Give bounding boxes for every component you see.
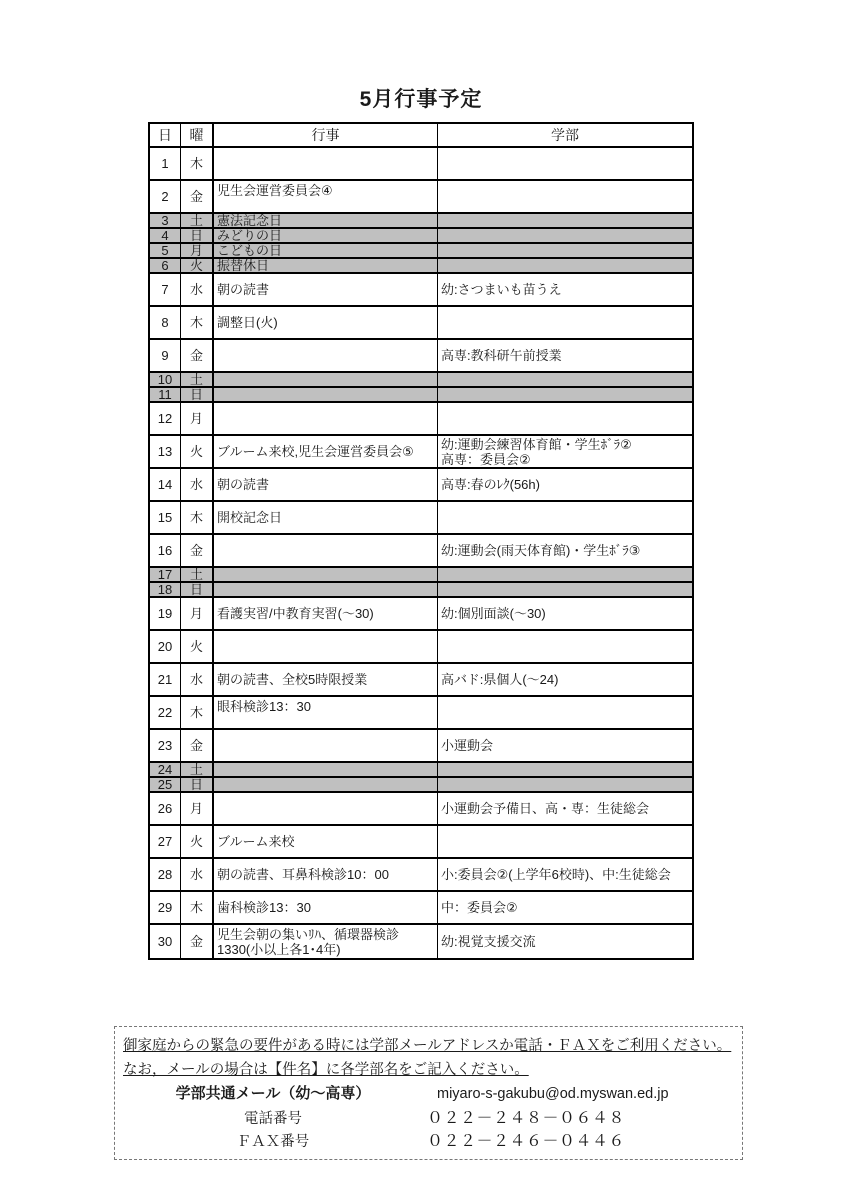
department-cell — [438, 148, 692, 179]
table-header-row: 日 曜 行事 学部 — [150, 124, 692, 148]
weekday-cell: 金 — [181, 181, 214, 212]
phone-label: 電話番号 — [123, 1107, 423, 1128]
table-row: 10 土 — [150, 373, 692, 388]
day-cell: 2 — [150, 181, 181, 212]
event-cell: 調整日(火) — [214, 307, 438, 338]
department-cell: 高専:教科研午前授業 — [438, 340, 692, 371]
table-row: 16 金 幼:運動会(雨天体育館)・学生ﾎﾞﾗ③ — [150, 535, 692, 568]
event-cell: 朝の読書、耳鼻科検診10：00 — [214, 859, 438, 890]
department-cell: 小:委員会②(上学年6校時)、中:生徒総会 — [438, 859, 692, 890]
weekday-cell: 木 — [181, 892, 214, 923]
day-cell: 4 — [150, 229, 181, 242]
table-row: 22 木 眼科検診13：30 — [150, 697, 692, 730]
event-cell: ブルーム来校 — [214, 826, 438, 857]
table-row: 28 水 朝の読書、耳鼻科検診10：00 小:委員会②(上学年6校時)、中:生徒… — [150, 859, 692, 892]
weekday-cell: 木 — [181, 697, 214, 728]
weekday-cell: 水 — [181, 469, 214, 500]
department-cell — [438, 373, 692, 386]
table-row: 2 金 児生会運営委員会④ — [150, 181, 692, 214]
weekday-cell: 土 — [181, 568, 214, 581]
table-row: 14 水 朝の読書 高専:春のﾚｸ(56h) — [150, 469, 692, 502]
event-cell: 眼科検診13：30 — [214, 697, 438, 728]
department-cell — [438, 403, 692, 434]
department-cell — [438, 568, 692, 581]
weekday-cell: 火 — [181, 631, 214, 662]
header-event: 行事 — [214, 124, 438, 146]
table-row: 9 金 高専:教科研午前授業 — [150, 340, 692, 373]
day-cell: 28 — [150, 859, 181, 890]
event-cell: こどもの日 — [214, 244, 438, 257]
department-cell — [438, 259, 692, 272]
weekday-cell: 火 — [181, 259, 214, 272]
weekday-cell: 月 — [181, 244, 214, 257]
day-cell: 8 — [150, 307, 181, 338]
table-row: 25 日 — [150, 778, 692, 793]
department-cell — [438, 229, 692, 242]
department-cell: 幼:視覚支援交流 — [438, 925, 692, 958]
weekday-cell: 金 — [181, 925, 214, 958]
weekday-cell: 日 — [181, 583, 214, 596]
table-row: 29 木 歯科検診13：30 中：委員会② — [150, 892, 692, 925]
department-cell — [438, 181, 692, 212]
day-cell: 27 — [150, 826, 181, 857]
table-row: 6 火 振替休日 — [150, 259, 692, 274]
table-row: 4 日 みどりの日 — [150, 229, 692, 244]
day-cell: 3 — [150, 214, 181, 227]
table-row: 20 火 — [150, 631, 692, 664]
event-cell — [214, 340, 438, 371]
day-cell: 10 — [150, 373, 181, 386]
notice-line-1: 御家庭からの緊急の要件がある時には学部メールアドレスか電話・ＦＡＸをご利用くださ… — [123, 1034, 734, 1058]
weekday-cell: 土 — [181, 763, 214, 776]
event-cell: ブルーム来校,児生会運営委員会⑤ — [214, 436, 438, 467]
day-cell: 30 — [150, 925, 181, 958]
day-cell: 9 — [150, 340, 181, 371]
table-row: 27 火 ブルーム来校 — [150, 826, 692, 859]
event-cell — [214, 631, 438, 662]
department-cell: 幼:さつまいも苗うえ — [438, 274, 692, 305]
day-cell: 19 — [150, 598, 181, 629]
department-cell: 幼:運動会練習体育館・学生ﾎﾞﾗ② 高専：委員会② — [438, 436, 692, 467]
weekday-cell: 水 — [181, 859, 214, 890]
email-label: 学部共通メール（幼～高専） — [123, 1082, 423, 1103]
contact-row-phone: 電話番号 ０２２－２４８－０６４８ — [123, 1105, 734, 1128]
fax-label: ＦＡＸ番号 — [123, 1130, 423, 1151]
day-cell: 16 — [150, 535, 181, 566]
day-cell: 13 — [150, 436, 181, 467]
weekday-cell: 水 — [181, 274, 214, 305]
department-cell — [438, 244, 692, 257]
event-cell: 児生会運営委員会④ — [214, 181, 438, 212]
table-row: 26 月 小運動会予備日、高・専：生徒総会 — [150, 793, 692, 826]
day-cell: 12 — [150, 403, 181, 434]
weekday-cell: 土 — [181, 373, 214, 386]
weekday-cell: 金 — [181, 340, 214, 371]
table-row: 7 水 朝の読書 幼:さつまいも苗うえ — [150, 274, 692, 307]
weekday-cell: 木 — [181, 502, 214, 533]
notice-line-2: なお，メールの場合は【件名】に各学部名をご記入ください。 — [123, 1058, 734, 1082]
table-row: 23 金 小運動会 — [150, 730, 692, 763]
department-cell: 小運動会 — [438, 730, 692, 761]
event-cell — [214, 568, 438, 581]
weekday-cell: 金 — [181, 535, 214, 566]
phone-value: ０２２－２４８－０６４８ — [423, 1105, 734, 1128]
event-cell: 朝の読書、全校5時限授業 — [214, 664, 438, 695]
department-cell: 小運動会予備日、高・専：生徒総会 — [438, 793, 692, 824]
event-cell: 児生会朝の集いﾘﾊ、循環器検診1330(小以上各1･4年) — [214, 925, 438, 958]
table-row: 17 土 — [150, 568, 692, 583]
event-cell — [214, 388, 438, 401]
table-row: 19 月 看護実習/中教育実習(～30) 幼:個別面談(～30) — [150, 598, 692, 631]
header-day: 日 — [150, 124, 181, 146]
table-row: 11 日 — [150, 388, 692, 403]
table-row: 12 月 — [150, 403, 692, 436]
department-cell — [438, 631, 692, 662]
contact-row-fax: ＦＡＸ番号 ０２２－２４６－０４４６ — [123, 1128, 734, 1151]
weekday-cell: 日 — [181, 229, 214, 242]
event-cell — [214, 730, 438, 761]
weekday-cell: 月 — [181, 598, 214, 629]
department-cell — [438, 697, 692, 728]
event-cell — [214, 535, 438, 566]
page-title: 5月行事予定 — [148, 83, 694, 113]
department-cell — [438, 778, 692, 791]
weekday-cell: 火 — [181, 826, 214, 857]
event-cell: 朝の読書 — [214, 469, 438, 500]
department-cell: 高バド:県個人(～24) — [438, 664, 692, 695]
day-cell: 20 — [150, 631, 181, 662]
event-cell — [214, 403, 438, 434]
day-cell: 14 — [150, 469, 181, 500]
contact-row-email: 学部共通メール（幼～高専） miyaro-s-gakubu@od.myswan.… — [123, 1082, 734, 1105]
schedule-table: 日 曜 行事 学部 1 木 2 金 児生会運営委員会④ 3 土 憲法記念日 4 … — [148, 122, 694, 960]
event-cell — [214, 583, 438, 596]
event-cell — [214, 148, 438, 179]
weekday-cell: 月 — [181, 403, 214, 434]
day-cell: 17 — [150, 568, 181, 581]
event-cell: 憲法記念日 — [214, 214, 438, 227]
day-cell: 7 — [150, 274, 181, 305]
weekday-cell: 土 — [181, 214, 214, 227]
department-cell — [438, 214, 692, 227]
table-row: 15 木 開校記念日 — [150, 502, 692, 535]
table-row: 5 月 こどもの日 — [150, 244, 692, 259]
department-cell: 幼:個別面談(～30) — [438, 598, 692, 629]
weekday-cell: 日 — [181, 778, 214, 791]
scanned-document-page: 5月行事予定 日 曜 行事 学部 1 木 2 金 児生会運営委員会④ 3 土 憲… — [0, 0, 849, 1200]
event-cell: みどりの日 — [214, 229, 438, 242]
email-value: miyaro-s-gakubu@od.myswan.ed.jp — [423, 1086, 734, 1102]
department-cell: 中：委員会② — [438, 892, 692, 923]
event-cell — [214, 778, 438, 791]
table-row: 30 金 児生会朝の集いﾘﾊ、循環器検診1330(小以上各1･4年) 幼:視覚支… — [150, 925, 692, 958]
day-cell: 6 — [150, 259, 181, 272]
weekday-cell: 水 — [181, 664, 214, 695]
fax-value: ０２２－２４６－０４４６ — [423, 1128, 734, 1151]
event-cell: 開校記念日 — [214, 502, 438, 533]
event-cell: 看護実習/中教育実習(～30) — [214, 598, 438, 629]
day-cell: 23 — [150, 730, 181, 761]
day-cell: 25 — [150, 778, 181, 791]
table-row: 24 土 — [150, 763, 692, 778]
weekday-cell: 日 — [181, 388, 214, 401]
day-cell: 5 — [150, 244, 181, 257]
day-cell: 11 — [150, 388, 181, 401]
weekday-cell: 火 — [181, 436, 214, 467]
day-cell: 15 — [150, 502, 181, 533]
weekday-cell: 月 — [181, 793, 214, 824]
event-cell: 朝の読書 — [214, 274, 438, 305]
day-cell: 22 — [150, 697, 181, 728]
department-cell — [438, 763, 692, 776]
event-cell — [214, 763, 438, 776]
weekday-cell: 木 — [181, 307, 214, 338]
header-weekday: 曜 — [181, 124, 214, 146]
table-row: 1 木 — [150, 148, 692, 181]
day-cell: 26 — [150, 793, 181, 824]
header-department: 学部 — [438, 124, 692, 146]
event-cell — [214, 373, 438, 386]
day-cell: 1 — [150, 148, 181, 179]
weekday-cell: 木 — [181, 148, 214, 179]
event-cell — [214, 793, 438, 824]
table-row: 18 日 — [150, 583, 692, 598]
event-cell: 振替休日 — [214, 259, 438, 272]
department-cell: 幼:運動会(雨天体育館)・学生ﾎﾞﾗ③ — [438, 535, 692, 566]
day-cell: 29 — [150, 892, 181, 923]
table-row: 3 土 憲法記念日 — [150, 214, 692, 229]
contact-info-box: 御家庭からの緊急の要件がある時には学部メールアドレスか電話・ＦＡＸをご利用くださ… — [114, 1026, 743, 1160]
department-cell — [438, 826, 692, 857]
day-cell: 21 — [150, 664, 181, 695]
department-cell: 高専:春のﾚｸ(56h) — [438, 469, 692, 500]
table-row: 21 水 朝の読書、全校5時限授業 高バド:県個人(～24) — [150, 664, 692, 697]
event-cell: 歯科検診13：30 — [214, 892, 438, 923]
department-cell — [438, 388, 692, 401]
table-row: 13 火 ブルーム来校,児生会運営委員会⑤ 幼:運動会練習体育館・学生ﾎﾞﾗ② … — [150, 436, 692, 469]
table-row: 8 木 調整日(火) — [150, 307, 692, 340]
department-cell — [438, 583, 692, 596]
department-cell — [438, 307, 692, 338]
department-cell — [438, 502, 692, 533]
day-cell: 24 — [150, 763, 181, 776]
day-cell: 18 — [150, 583, 181, 596]
weekday-cell: 金 — [181, 730, 214, 761]
